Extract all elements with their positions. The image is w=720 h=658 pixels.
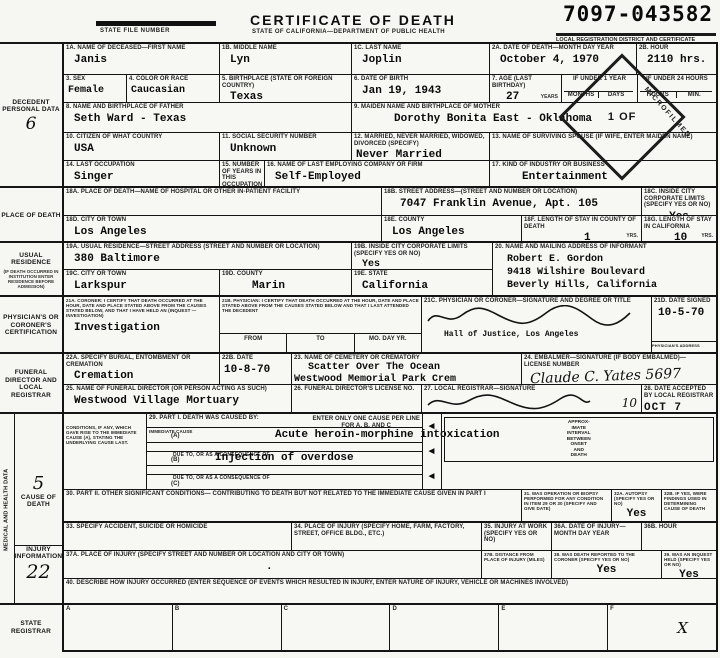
field-autopsy-label: 32A. AUTOPSY (SPECIFY YES OR NO) xyxy=(614,491,659,506)
field-citizen: 10. CITIZEN OF WHAT COUNTRY USA xyxy=(64,133,220,160)
field-date-signed-label: 21D. DATE SIGNED xyxy=(654,298,714,305)
field-autopsy-findings-label: 32B. IF YES, WERE FINDINGS USED IN DETER… xyxy=(664,491,714,511)
field-inside-city-limits-residence-label: 19B. INSIDE CITY CORPORATE LIMITS (SPECI… xyxy=(354,244,490,257)
field-stay-county-unit: YRS. xyxy=(626,233,638,239)
field-injury-place-type: 34. PLACE OF INJURY (SPECIFY HOME, FARM,… xyxy=(292,523,482,550)
field-local-registrar-value: 10 xyxy=(622,396,637,410)
registrar-cell-b: B xyxy=(173,605,282,650)
cause-arrow-column: ◄ ◄ ◄ xyxy=(422,414,442,489)
field-age: 7. AGE (LAST BIRTHDAY) 27 YEARS xyxy=(490,75,562,102)
field-informant-line2: 9418 Wilshire Boulevard xyxy=(507,267,714,279)
field-death-county-label: 18E. COUNTY xyxy=(384,217,519,224)
field-years-occupation-label: 15. NUMBER OF YEARS IN THIS OCCUPATION xyxy=(222,162,262,186)
field-years-occupation: 15. NUMBER OF YEARS IN THIS OCCUPATION 1… xyxy=(220,161,265,186)
cause-a-prefix: (A) xyxy=(171,433,180,440)
certificate-number: 7097-043582 xyxy=(563,2,713,26)
field-first-name-label: 1A. NAME OF DECEASED—FIRST NAME xyxy=(66,45,217,52)
rail-place-of-death: PLACE OF DEATH xyxy=(0,186,62,243)
field-funeral-director-label: 25. NAME OF FUNERAL DIRECTOR (OR PERSON … xyxy=(66,386,289,393)
field-death-county: 18E. COUNTY Los Angeles xyxy=(382,216,522,241)
field-industry: 17. KIND OF INDUSTRY OR BUSINESS Enterta… xyxy=(490,161,716,186)
field-coroner-certification-value: Investigation xyxy=(74,322,217,334)
registrar-cell-f: F X xyxy=(608,605,716,650)
state-file-bar xyxy=(96,21,216,26)
cause-conditions-note: CONDITIONS, IF ANY, WHICH GAVE RISE TO T… xyxy=(64,414,147,489)
field-injury-location-value: . xyxy=(266,561,479,573)
field-reported-to-coroner-value: Yes xyxy=(554,564,659,576)
field-residence-city-label: 19C. CITY OR TOWN xyxy=(66,271,217,278)
field-funeral-director-value: Westwood Village Mortuary xyxy=(74,395,289,407)
field-director-license: 26. FUNERAL DIRECTOR'S LICENSE NO. xyxy=(292,385,422,412)
field-coroner-signature-label: 21C. PHYSICIAN OR CORONER—SIGNATURE AND … xyxy=(424,298,649,305)
field-birthplace-label: 5. BIRTHPLACE (STATE OR FOREIGN COUNTRY) xyxy=(222,76,349,89)
field-death-street-address-label: 18B. STREET ADDRESS—(STREET AND NUMBER O… xyxy=(384,189,639,196)
field-coroner-address-value: Hall of Justice, Los Angeles xyxy=(444,329,649,341)
field-middle-name-value: Lyn xyxy=(230,54,349,66)
field-death-street-address-value: 7047 Franklin Avenue, Apt. 105 xyxy=(400,198,639,210)
rail-injury-handwriting: 22 xyxy=(26,561,50,583)
field-physician-certification: 21B. PHYSICIAN: I CERTIFY THAT DEATH OCC… xyxy=(220,297,422,352)
registrar-cell-e-label: E xyxy=(501,606,605,613)
field-hour-label: 2B. HOUR xyxy=(639,45,714,52)
field-age-label: 7. AGE (LAST BIRTHDAY) xyxy=(492,76,559,89)
row-death-city: 18D. CITY OR TOWN Los Angeles 18E. COUNT… xyxy=(64,216,716,243)
field-other-conditions: 30. PART II. OTHER SIGNIFICANT CONDITION… xyxy=(64,490,522,521)
row-residence: 19A. USUAL RESIDENCE—STREET ADDRESS (STR… xyxy=(64,243,716,297)
field-date-of-birth-label: 6. DATE OF BIRTH xyxy=(354,76,487,83)
field-under-24-hours-min: MIN. xyxy=(676,91,713,99)
field-employer-value: Self-Employed xyxy=(275,171,487,183)
registrar-x-mark: X xyxy=(677,619,688,637)
field-stay-california-unit: YRS. xyxy=(701,233,713,239)
field-inquest-held-label: 39. WAS AN INQUEST HELD (SPECIFY YES OR … xyxy=(664,552,714,567)
field-disposition-date-value: 10-8-70 xyxy=(224,364,289,376)
field-inside-city-limits-residence-value: Yes xyxy=(362,259,490,269)
rail-state-registrar: STATE REGISTRAR xyxy=(0,603,62,650)
field-first-name: 1A. NAME OF DECEASED—FIRST NAME Janis xyxy=(64,44,220,74)
field-other-conditions-label: 30. PART II. OTHER SIGNIFICANT CONDITION… xyxy=(66,491,519,498)
registrar-cell-d: D xyxy=(390,605,499,650)
field-death-city-value: Los Angeles xyxy=(74,226,379,238)
cause-line-c: (C) xyxy=(147,475,422,489)
field-director-license-label: 26. FUNERAL DIRECTOR'S LICENSE NO. xyxy=(294,386,419,393)
registrar-cell-c: C xyxy=(282,605,391,650)
field-coroner-certification: 21A. CORONER: I CERTIFY THAT DEATH OCCUR… xyxy=(64,297,220,352)
cause-b-prefix: (B) xyxy=(171,457,180,464)
death-certificate-scan: STATE FILE NUMBER CERTIFICATE OF DEATH S… xyxy=(0,0,720,658)
field-injury-hour: 36B. HOUR xyxy=(642,523,716,550)
field-date-accepted: 28. DATE ACCEPTED BY LOCAL REGISTRAR OCT… xyxy=(642,385,716,412)
registrar-cell-f-label: F xyxy=(610,606,714,613)
physician-attended-subboxes: FROM TO MO. DAY YR. xyxy=(220,333,421,352)
rail-physician-label: PHYSICIAN'S OR CORONER'S CERTIFICATION xyxy=(0,314,62,337)
field-injury-distance-label: 37B. DISTANCE FROM PLACE OF INJURY (MILE… xyxy=(484,552,549,562)
physician-to-label: TO xyxy=(287,334,354,352)
registrar-cell-b-label: B xyxy=(175,606,279,613)
stamp-text: 1 OF xyxy=(608,111,636,123)
field-first-name-value: Janis xyxy=(74,54,217,66)
field-citizen-value: USA xyxy=(74,143,217,155)
field-inside-city-limits-death: 18C. INSIDE CITY CORPORATE LIMITS (SPECI… xyxy=(642,188,716,215)
field-marital-status: 12. MARRIED, NEVER MARRIED, WIDOWED, DIV… xyxy=(352,133,490,160)
field-marital-status-value: Never Married xyxy=(356,149,487,160)
registrar-cell-a: A xyxy=(64,605,173,650)
field-disposition-label: 22A. SPECIFY BURIAL, ENTOMBMENT OR CREMA… xyxy=(66,355,217,368)
row-certification: 21A. CORONER: I CERTIFY THAT DEATH OCCUR… xyxy=(64,297,716,354)
field-residence-county-value: Marin xyxy=(252,280,349,292)
cause-line-a: IMMEDIATE CAUSE (A) Acute heroin-morphin… xyxy=(147,428,422,443)
field-race-label: 4. COLOR OR RACE xyxy=(129,76,217,83)
field-coroner-certification-label: 21A. CORONER: I CERTIFY THAT DEATH OCCUR… xyxy=(66,298,217,318)
field-injury-at-work-label: 35. INJURY AT WORK (SPECIFY YES OR NO) xyxy=(484,524,549,544)
field-residence-street-value: 380 Baltimore xyxy=(74,253,349,265)
rail-physician: PHYSICIAN'S OR CORONER'S CERTIFICATION xyxy=(0,295,62,354)
field-date-accepted-label: 28. DATE ACCEPTED BY LOCAL REGISTRAR xyxy=(644,386,714,399)
field-cemetery-line2: Westwood Memorial Park Crem xyxy=(294,374,519,385)
field-hour: 2B. HOUR 2110 hrs. xyxy=(637,44,716,74)
field-accident-suicide-label: 33. SPECIFY ACCIDENT, SUICIDE OR HOMICID… xyxy=(66,524,289,531)
rail-funeral-label: FUNERAL DIRECTOR AND LOCAL REGISTRAR xyxy=(0,369,62,399)
row-disposition: 22A. SPECIFY BURIAL, ENTOMBMENT OR CREMA… xyxy=(64,354,716,385)
cause-due-bar-1: DUE TO, OR AS A CONSEQUENCE OF xyxy=(147,443,422,452)
field-funeral-director: 25. NAME OF FUNERAL DIRECTOR (OR PERSON … xyxy=(64,385,292,412)
field-residence-state-label: 19E. STATE xyxy=(354,271,490,278)
field-injury-place-type-label: 34. PLACE OF INJURY (SPECIFY HOME, FARM,… xyxy=(294,524,479,537)
interval-word: DEATH xyxy=(571,453,587,459)
interval-label-box: APPROX- IMATE INTERVAL BETWEEN ONSET AND… xyxy=(444,417,715,462)
field-residence-county: 19D. COUNTY Marin xyxy=(220,270,352,295)
field-residence-state-value: California xyxy=(362,280,490,292)
field-race: 4. COLOR OR RACE Caucasian xyxy=(127,75,220,102)
field-occupation-label: 14. LAST OCCUPATION xyxy=(66,162,217,169)
cause-line-b: (B) Injection of overdose xyxy=(147,452,422,467)
field-residence-city: 19C. CITY OR TOWN Larkspur xyxy=(64,270,220,295)
rail-medical-vertical-label: MEDICAL AND HEALTH DATA xyxy=(3,468,11,550)
field-injury-description-label: 40. DESCRIBE HOW INJURY OCCURRED (ENTER … xyxy=(66,580,714,587)
field-injury-location: 37A. PLACE OF INJURY (SPECIFY STREET AND… xyxy=(64,551,482,578)
field-date-of-birth-value: Jan 19, 1943 xyxy=(362,85,487,97)
field-birthplace-value: Texas xyxy=(230,91,349,102)
residence-row-1: 19A. USUAL RESIDENCE—STREET ADDRESS (STR… xyxy=(64,243,492,270)
rail-injury: INJURY INFORMATION 22 xyxy=(15,546,63,583)
field-sex-label: 3. SEX xyxy=(66,76,124,83)
field-last-name-value: Joplin xyxy=(362,54,487,66)
field-stay-county-label: 18F. LENGTH OF STAY IN COUNTY OF DEATH xyxy=(524,217,639,230)
field-middle-name: 1B. MIDDLE NAME Lyn xyxy=(220,44,352,74)
field-industry-label: 17. KIND OF INDUSTRY OR BUSINESS xyxy=(492,162,714,169)
rail-medical-vertical-strip: MEDICAL AND HEALTH DATA xyxy=(0,414,15,605)
field-injury-description: 40. DESCRIBE HOW INJURY OCCURRED (ENTER … xyxy=(64,579,716,603)
field-residence-city-value: Larkspur xyxy=(74,280,217,292)
page-title: CERTIFICATE OF DEATH xyxy=(250,12,456,28)
field-injury-date-label: 36A. DATE OF INJURY—MONTH DAY YEAR xyxy=(554,524,639,537)
cause-enter-one-note: ENTER ONLY ONE CAUSE PER LINE FOR A, B, … xyxy=(311,414,422,427)
field-injury-at-work: 35. INJURY AT WORK (SPECIFY YES OR NO) xyxy=(482,523,552,550)
field-autopsy: 32A. AUTOPSY (SPECIFY YES OR NO) Yes xyxy=(612,490,662,521)
field-cemetery: 23. NAME OF CEMETERY OR CREMATORY Scatte… xyxy=(292,354,522,384)
field-informant: 20. NAME AND MAILING ADDRESS OF INFORMAN… xyxy=(492,243,716,295)
field-reported-to-coroner: 38. WAS DEATH REPORTED TO THE CORONER (S… xyxy=(552,551,662,578)
rail-cause-label: CAUSE OF DEATH xyxy=(15,494,63,509)
field-residence-county-label: 19D. COUNTY xyxy=(222,271,349,278)
field-date-signed-value: 10-5-70 xyxy=(658,307,714,319)
field-local-registrar-signature: 27. LOCAL REGISTRAR—SIGNATURE 10 xyxy=(422,385,642,412)
field-death-street-address: 18B. STREET ADDRESS—(STREET AND NUMBER O… xyxy=(382,188,642,215)
field-date-accepted-value: OCT 7 1970 xyxy=(644,402,714,412)
field-cemetery-line1: Scatter Over The Ocean xyxy=(308,362,519,374)
rail-state-registrar-label: STATE REGISTRAR xyxy=(0,620,62,635)
row-place-of-death: 18A. PLACE OF DEATH—NAME OF HOSPITAL OR … xyxy=(64,188,716,216)
cause-conditions-note-text: CONDITIONS, IF ANY, WHICH GAVE RISE TO T… xyxy=(66,425,144,445)
rail-usual-residence: USUAL RESIDENCE (IF DEATH OCCURRED IN IN… xyxy=(0,241,62,297)
field-place-of-death-facility: 18A. PLACE OF DEATH—NAME OF HOSPITAL OR … xyxy=(64,188,382,215)
field-stay-county: 18F. LENGTH OF STAY IN COUNTY OF DEATH 1… xyxy=(522,216,642,241)
field-disposition: 22A. SPECIFY BURIAL, ENTOMBMENT OR CREMA… xyxy=(64,354,220,384)
field-operation: 31. WAS OPERATION OR BIOPSY PERFORMED FO… xyxy=(522,490,612,521)
field-inside-city-limits-death-value: Yes xyxy=(644,211,714,216)
row-injury-1: 33. SPECIFY ACCIDENT, SUICIDE OR HOMICID… xyxy=(64,523,716,551)
field-marital-status-label: 12. MARRIED, NEVER MARRIED, WIDOWED, DIV… xyxy=(354,134,487,147)
row-injury-description: 40. DESCRIBE HOW INJURY OCCURRED (ENTER … xyxy=(64,579,716,605)
field-last-name: 1C. LAST NAME Joplin xyxy=(352,44,490,74)
field-death-city: 18D. CITY OR TOWN Los Angeles xyxy=(64,216,382,241)
field-sex-value: Female xyxy=(68,85,124,97)
field-father-value: Seth Ward - Texas xyxy=(74,113,349,125)
field-employer-label: 16. NAME OF LAST EMPLOYING COMPANY OR FI… xyxy=(267,162,487,169)
field-last-name-label: 1C. LAST NAME xyxy=(354,45,487,52)
field-inside-city-limits-death-label: 18C. INSIDE CITY CORPORATE LIMITS (SPECI… xyxy=(644,189,714,209)
rail-decedent: DECEDENT PERSONAL DATA 6 xyxy=(0,42,62,188)
arrow-left-icon: ◄ xyxy=(427,472,437,482)
field-death-county-value: Los Angeles xyxy=(392,226,519,238)
field-date-of-birth: 6. DATE OF BIRTH Jan 19, 1943 xyxy=(352,75,490,102)
registrar-cell-c-label: C xyxy=(284,606,388,613)
field-injury-location-label: 37A. PLACE OF INJURY (SPECIFY STREET AND… xyxy=(66,552,479,559)
registrar-signature-icon xyxy=(424,393,594,411)
rail-funeral: FUNERAL DIRECTOR AND LOCAL REGISTRAR xyxy=(0,352,62,414)
field-physician-certification-label: 21B. PHYSICIAN: I CERTIFY THAT DEATH OCC… xyxy=(222,298,419,313)
field-stay-california: 18G. LENGTH OF STAY IN CALIFORNIA 10 YRS… xyxy=(642,216,716,241)
field-middle-name-label: 1B. MIDDLE NAME xyxy=(222,45,349,52)
cause-b-value: Injection of overdose xyxy=(215,452,354,464)
registrar-cell-a-label: A xyxy=(66,606,170,613)
row-injury-2: 37A. PLACE OF INJURY (SPECIFY STREET AND… xyxy=(64,551,716,579)
field-disposition-date-label: 22B. DATE xyxy=(222,355,289,362)
cause-header: 29. PART I. DEATH WAS CAUSED BY: ENTER O… xyxy=(147,414,422,428)
rail-decedent-label: DECEDENT PERSONAL DATA xyxy=(0,99,62,114)
residence-row-2: 19C. CITY OR TOWN Larkspur 19D. COUNTY M… xyxy=(64,270,492,295)
arrow-left-icon: ◄ xyxy=(427,422,437,432)
row-part2: 30. PART II. OTHER SIGNIFICANT CONDITION… xyxy=(64,490,716,523)
field-accident-suicide: 33. SPECIFY ACCIDENT, SUICIDE OR HOMICID… xyxy=(64,523,292,550)
rail-medical-inner: 5 CAUSE OF DEATH INJURY INFORMATION 22 xyxy=(15,437,63,583)
field-residence-state: 19E. STATE California xyxy=(352,270,492,295)
field-place-of-death-facility-label: 18A. PLACE OF DEATH—NAME OF HOSPITAL OR … xyxy=(66,189,379,196)
field-father: 8. NAME AND BIRTHPLACE OF FATHER Seth Wa… xyxy=(64,103,352,132)
cause-main-block: 29. PART I. DEATH WAS CAUSED BY: ENTER O… xyxy=(147,414,422,489)
rail-decedent-handwriting: 6 xyxy=(26,114,37,134)
field-occupation: 14. LAST OCCUPATION Singer xyxy=(64,161,220,186)
field-date-of-death-label: 2A. DATE OF DEATH—MONTH DAY YEAR xyxy=(492,45,634,52)
field-inquest-held-value: Yes xyxy=(664,569,714,578)
rail-medical: MEDICAL AND HEALTH DATA 5 CAUSE OF DEATH… xyxy=(0,412,62,605)
row-state-registrar: A B C D E F X xyxy=(64,605,716,650)
row-funeral-director: 25. NAME OF FUNERAL DIRECTOR (OR PERSON … xyxy=(64,385,716,414)
field-age-unit: YEARS xyxy=(541,94,558,100)
state-file-label: STATE FILE NUMBER xyxy=(100,28,170,34)
cause-c-prefix: (C) xyxy=(171,481,180,488)
field-informant-line1: Robert E. Gordon xyxy=(507,254,714,266)
field-operation-label: 31. WAS OPERATION OR BIOPSY PERFORMED FO… xyxy=(524,491,609,511)
rail-cause-handwriting: 5 xyxy=(33,473,44,494)
field-employer: 16. NAME OF LAST EMPLOYING COMPANY OR FI… xyxy=(265,161,490,186)
field-ssn: 11. SOCIAL SECURITY NUMBER Unknown xyxy=(220,133,352,160)
coroner-signature-icon xyxy=(424,305,634,329)
field-embalmer: 24. EMBALMER—SIGNATURE (IF BODY EMBALMED… xyxy=(522,354,716,384)
field-inside-city-limits-residence: 19B. INSIDE CITY CORPORATE LIMITS (SPECI… xyxy=(352,243,492,269)
field-father-label: 8. NAME AND BIRTHPLACE OF FATHER xyxy=(66,104,349,111)
field-race-value: Caucasian xyxy=(131,85,217,97)
registrar-cell-e: E xyxy=(499,605,608,650)
rail-residence-label: USUAL RESIDENCE xyxy=(0,252,62,267)
registrar-cell-d-label: D xyxy=(392,606,496,613)
field-occupation-value: Singer xyxy=(74,171,217,183)
cause-interval-column: APPROX- IMATE INTERVAL BETWEEN ONSET AND… xyxy=(442,414,717,489)
cause-due-bar-2: DUE TO, OR AS A CONSEQUENCE OF xyxy=(147,466,422,475)
field-autopsy-findings: 32B. IF YES, WERE FINDINGS USED IN DETER… xyxy=(662,490,716,521)
field-ssn-label: 11. SOCIAL SECURITY NUMBER xyxy=(222,134,349,141)
cause-part1-label: 29. PART I. DEATH WAS CAUSED BY: xyxy=(147,414,311,427)
physician-from-label: FROM xyxy=(220,334,287,352)
physician-date-label: MO. DAY YR. xyxy=(355,334,421,352)
residence-left-block: 19A. USUAL RESIDENCE—STREET ADDRESS (STR… xyxy=(64,243,492,295)
field-injury-distance: 37B. DISTANCE FROM PLACE OF INJURY (MILE… xyxy=(482,551,552,578)
field-residence-street: 19A. USUAL RESIDENCE—STREET ADDRESS (STR… xyxy=(64,243,352,269)
field-disposition-value: Cremation xyxy=(74,370,217,382)
field-stay-california-label: 18G. LENGTH OF STAY IN CALIFORNIA xyxy=(644,217,714,230)
field-informant-line3: Beverly Hills, California xyxy=(507,280,714,292)
field-coroner-signature: 21C. PHYSICIAN OR CORONER—SIGNATURE AND … xyxy=(422,297,652,352)
field-inquest-held: 39. WAS AN INQUEST HELD (SPECIFY YES OR … xyxy=(662,551,716,578)
field-local-registrar-label: 27. LOCAL REGISTRAR—SIGNATURE xyxy=(424,386,639,393)
field-ssn-value: Unknown xyxy=(230,143,349,155)
page-subtitle: STATE OF CALIFORNIA—DEPARTMENT OF PUBLIC… xyxy=(252,29,445,35)
date-signed-subbox: PHYSICIAN'S ADDRESS xyxy=(652,341,716,352)
field-hour-value: 2110 hrs. xyxy=(647,54,714,66)
rail-residence-note: (IF DEATH OCCURRED IN INSTITUTION ENTER … xyxy=(0,269,62,289)
field-informant-label: 20. NAME AND MAILING ADDRESS OF INFORMAN… xyxy=(495,244,714,251)
rail-place-label: PLACE OF DEATH xyxy=(1,212,60,220)
field-injury-hour-label: 36B. HOUR xyxy=(644,524,714,531)
field-birthplace: 5. BIRTHPLACE (STATE OR FOREIGN COUNTRY)… xyxy=(220,75,352,102)
field-reported-to-coroner-label: 38. WAS DEATH REPORTED TO THE CORONER (S… xyxy=(554,552,659,562)
field-residence-street-label: 19A. USUAL RESIDENCE—STREET ADDRESS (STR… xyxy=(66,244,349,251)
rail-injury-label: INJURY INFORMATION xyxy=(15,546,63,561)
field-citizen-label: 10. CITIZEN OF WHAT COUNTRY xyxy=(66,134,217,141)
field-date-signed: 21D. DATE SIGNED 10-5-70 PHYSICIAN'S ADD… xyxy=(652,297,716,352)
field-autopsy-value: Yes xyxy=(614,508,659,520)
field-injury-date: 36A. DATE OF INJURY—MONTH DAY YEAR xyxy=(552,523,642,550)
row-cause-of-death: CONDITIONS, IF ANY, WHICH GAVE RISE TO T… xyxy=(64,414,716,490)
field-disposition-date: 22B. DATE 10-8-70 xyxy=(220,354,292,384)
arrow-left-icon: ◄ xyxy=(427,447,437,457)
rail-cause: 5 CAUSE OF DEATH xyxy=(15,437,63,546)
field-sex: 3. SEX Female xyxy=(64,75,127,102)
date-signed-sublabel: PHYSICIAN'S ADDRESS xyxy=(652,342,716,350)
field-death-city-label: 18D. CITY OR TOWN xyxy=(66,217,379,224)
